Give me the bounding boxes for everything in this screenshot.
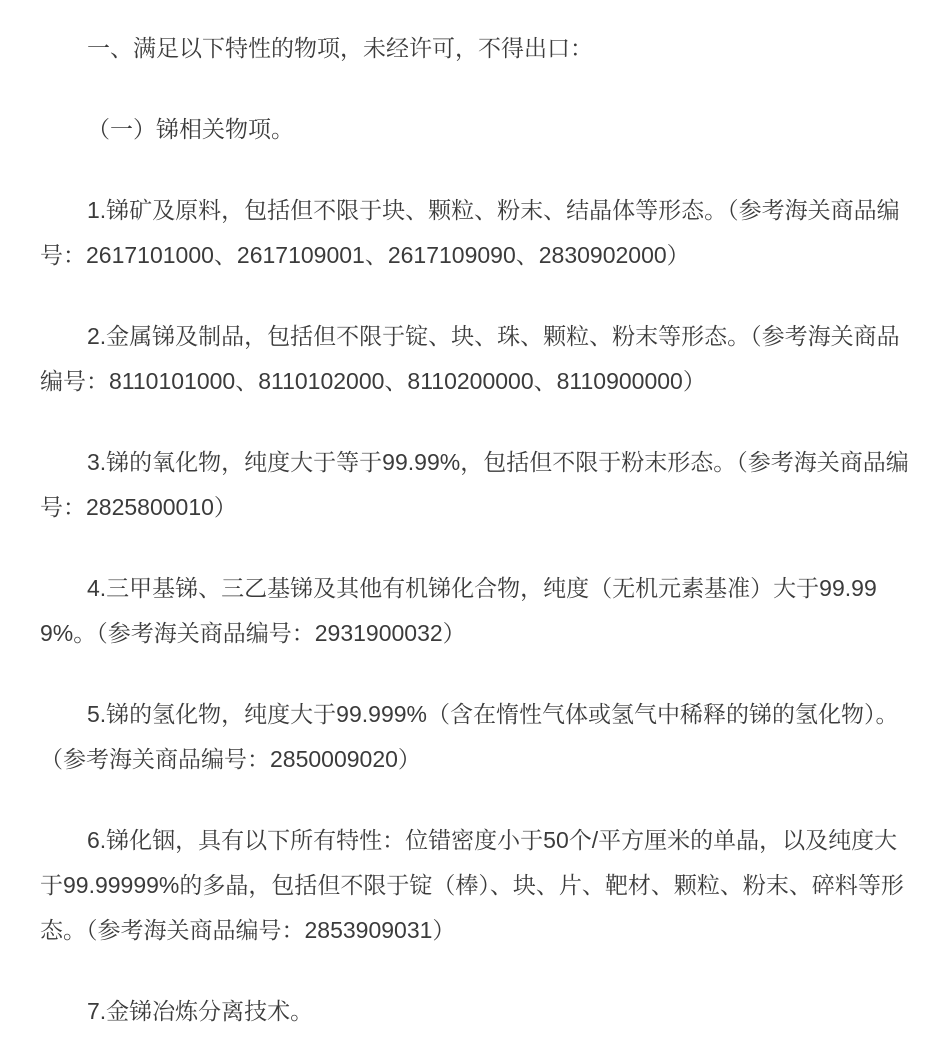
list-item-6: 6.锑化铟，具有以下所有特性：位错密度小于50个/平方厘米的单晶，以及纯度大于9… bbox=[40, 818, 918, 953]
list-item-4: 4.三甲基锑、三乙基锑及其他有机锑化合物，纯度（无机元素基准）大于99.999%… bbox=[40, 566, 918, 656]
list-item-5: 5.锑的氢化物，纯度大于99.999%（含在惰性气体或氢气中稀释的锑的氢化物）。… bbox=[40, 692, 918, 782]
subsection-heading: （一）锑相关物项。 bbox=[40, 107, 918, 152]
document-page: 一、满足以下特性的物项，未经许可，不得出口： （一）锑相关物项。 1.锑矿及原料… bbox=[0, 0, 940, 1060]
section-heading: 一、满足以下特性的物项，未经许可，不得出口： bbox=[40, 26, 918, 71]
list-item-1: 1.锑矿及原料，包括但不限于块、颗粒、粉末、结晶体等形态。（参考海关商品编号：2… bbox=[40, 188, 918, 278]
list-item-3: 3.锑的氧化物，纯度大于等于99.99%，包括但不限于粉末形态。（参考海关商品编… bbox=[40, 440, 918, 530]
list-item-7: 7.金锑冶炼分离技术。 bbox=[40, 989, 918, 1034]
list-item-2: 2.金属锑及制品，包括但不限于锭、块、珠、颗粒、粉末等形态。（参考海关商品编号：… bbox=[40, 314, 918, 404]
